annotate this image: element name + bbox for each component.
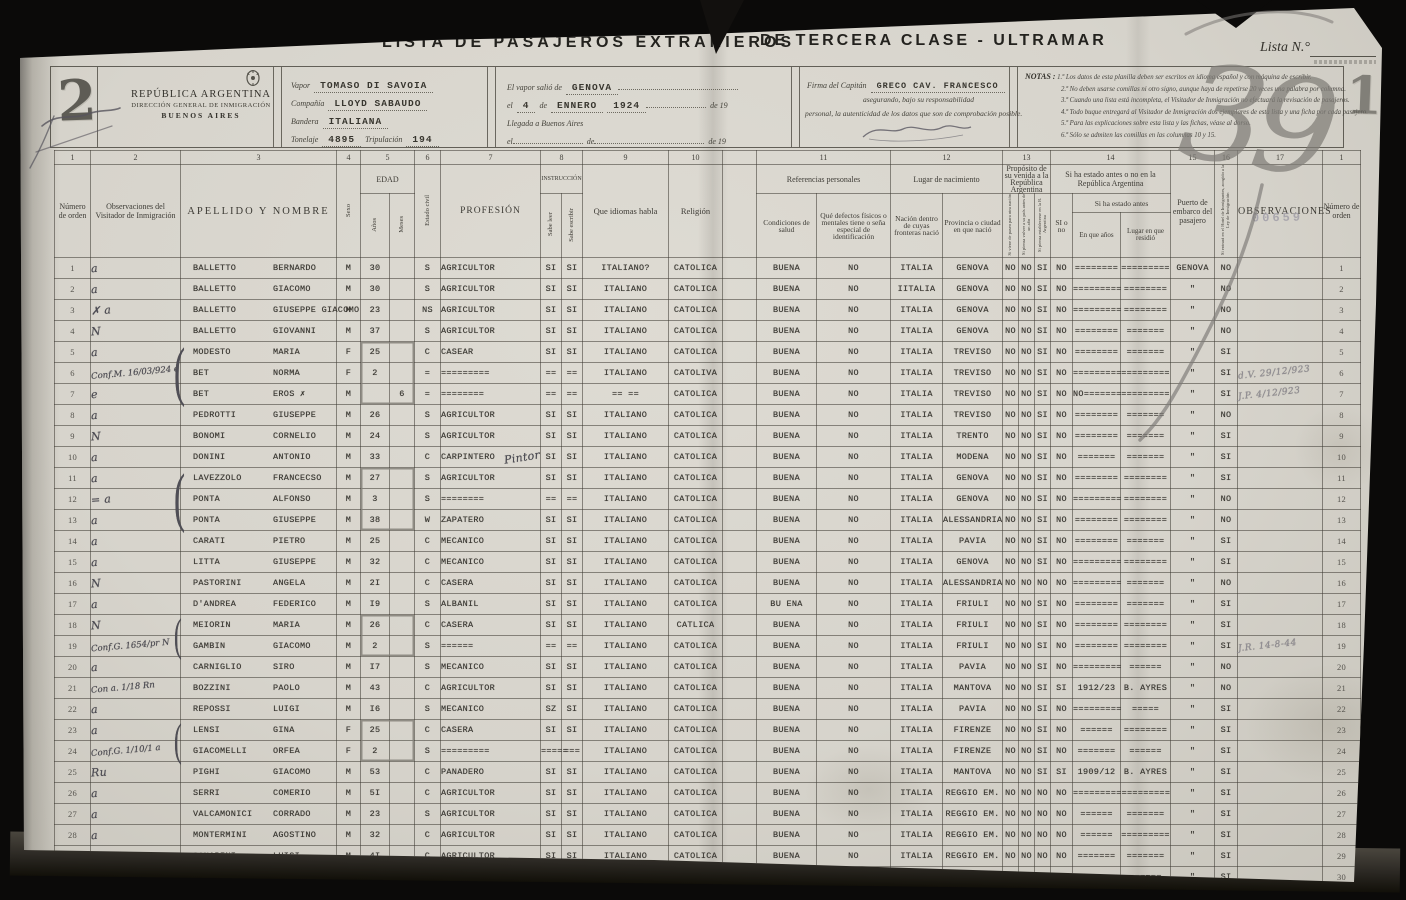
cell-idiomas: ITALIANO: [583, 300, 669, 321]
passenger-row: 26aSERRICOMERIOM5ICAGRICULTORSISIITALIAN…: [55, 783, 1361, 804]
cell-name: PONTAALFONSO: [181, 489, 337, 510]
cell-hotel: SI: [1215, 447, 1238, 468]
cell-meses: [390, 468, 415, 489]
dia-value: 4: [517, 100, 536, 113]
cell-anios: 25: [361, 720, 390, 741]
cell-estado: S: [415, 258, 441, 279]
cell-num2: 18: [1323, 615, 1361, 636]
cell-estado: C: [415, 825, 441, 846]
tonelaje-label: Tonelaje: [291, 135, 318, 144]
cell-num2: 28: [1323, 825, 1361, 846]
cell-leer: SI: [541, 321, 562, 342]
cell-name: MONTERMINIAGOSTINO: [181, 825, 337, 846]
cell-antes: NO: [1051, 321, 1073, 342]
passenger-row: 27aVALCAMONICICORRADOM23SAGRICULTORSISII…: [55, 804, 1361, 825]
cell-aant: =======: [1073, 741, 1121, 762]
cell-estado: C: [415, 573, 441, 594]
cell-escribir: ==: [562, 489, 583, 510]
cell-p3: NO: [1035, 783, 1051, 804]
cell-anios: 30: [361, 258, 390, 279]
cell-estado: S: [415, 657, 441, 678]
cell-escribir: ==: [562, 636, 583, 657]
cell-leer: SI: [541, 762, 562, 783]
cell-defectos: NO: [817, 699, 891, 720]
cell-nacion: ITALIA: [891, 531, 943, 552]
cell-sexo: M: [337, 384, 361, 405]
passenger-row: 17aD'ANDREAFEDERICOMI9SALBANILSISIITALIA…: [55, 594, 1361, 615]
header-apellido-nombre: APELLIDO Y NOMBRE: [181, 165, 337, 258]
cell-p3: SI: [1035, 384, 1051, 405]
cell-escribir: SI: [562, 762, 583, 783]
cell-defectos: NO: [817, 531, 891, 552]
cell-idiomas: ITALIANO: [583, 615, 669, 636]
cell-puerto: ": [1171, 657, 1215, 678]
cell-defectos: NO: [817, 720, 891, 741]
header-anios: Años: [361, 194, 390, 258]
cell-lant: =======: [1121, 426, 1171, 447]
cell-num2: 24: [1323, 741, 1361, 762]
cell-antes: NO: [1051, 405, 1073, 426]
col-num-16: 16: [1215, 151, 1238, 165]
cell-salud: BUENA: [757, 279, 817, 300]
cell-meses: [390, 741, 415, 762]
cell-religion: CATOLIVA: [669, 363, 723, 384]
cell-religion: CATOLICA: [669, 741, 723, 762]
passenger-row: 13aPONTAGIUSEPPEM38WZAPATEROSISIITALIANO…: [55, 510, 1361, 531]
cell-hotel: NO: [1215, 300, 1238, 321]
cell-num: 20: [55, 657, 91, 678]
cell-anios: 27: [361, 468, 390, 489]
cell-num2: 26: [1323, 783, 1361, 804]
cell-name: CARNIGLIOSIRO: [181, 657, 337, 678]
cell-profesion: AGRICULTOR: [441, 783, 541, 804]
cell-num2: 27: [1323, 804, 1361, 825]
cell-num: 15: [55, 552, 91, 573]
cell-sexo: M: [337, 405, 361, 426]
cell-leer: SI: [541, 720, 562, 741]
cell-profesion: PANADERO: [441, 762, 541, 783]
cell-leer: SI: [541, 300, 562, 321]
cell-defectos: NO: [817, 384, 891, 405]
cell-num: 8: [55, 405, 91, 426]
cell-defectos: NO: [817, 846, 891, 867]
cell-num: 3: [55, 300, 91, 321]
cell-lant: B. AYRES: [1121, 762, 1171, 783]
cell-anios: 53: [361, 762, 390, 783]
passenger-row: 12= aPONTAALFONSOM3S============ITALIANO…: [55, 489, 1361, 510]
vapor-label: Vapor: [291, 81, 310, 90]
cell-estado: S: [415, 699, 441, 720]
cell-obs2_hand: [1238, 573, 1323, 594]
compania-value: LLOYD SABAUDO: [328, 98, 427, 111]
col-num-1: 1: [55, 151, 91, 165]
cell-provincia: TREVISO: [943, 342, 1003, 363]
cell-defectos: NO: [817, 615, 891, 636]
passenger-row: 20aCARNIGLIOSIROMI7SMECANICOSISIITALIANO…: [55, 657, 1361, 678]
cell-lant: B. AYRES: [1121, 678, 1171, 699]
notes-block: NOTAS : 1.ª Los datos de esta planilla d…: [1025, 71, 1377, 141]
cell-idiomas: ITALIANO: [583, 825, 669, 846]
cell-leer: SI: [541, 468, 562, 489]
el-label: el: [507, 101, 513, 110]
cell-num2: 9: [1323, 426, 1361, 447]
cell-leer: SI: [541, 342, 562, 363]
cell-provincia: PAVIA: [943, 699, 1003, 720]
cell-provincia: MANTOVA: [943, 762, 1003, 783]
cell-provincia: TRENTO: [943, 426, 1003, 447]
cell-meses: [390, 510, 415, 531]
divider: [799, 67, 800, 147]
cell-nacion: ITALIA: [891, 657, 943, 678]
header-nacion: Nación dentro de cuyas fronteras nació: [891, 194, 943, 258]
cell-obs_hand: Conf.M. 16/03/924 e: [91, 363, 181, 384]
cell-salud: BU ENA: [757, 594, 817, 615]
cell-salud: BUENA: [757, 741, 817, 762]
cell-p2: NO: [1019, 846, 1035, 867]
cell-sexo: F: [337, 741, 361, 762]
cell-escribir: SI: [562, 594, 583, 615]
cell-obs2_hand: [1238, 594, 1323, 615]
cell-hotel: SI: [1215, 762, 1238, 783]
cell-spacer: [723, 636, 757, 657]
cell-anios: 26: [361, 615, 390, 636]
cell-puerto: ": [1171, 279, 1215, 300]
cell-antes: NO: [1051, 300, 1073, 321]
cell-estado: S: [415, 741, 441, 762]
cell-obs2_hand: d.V. 29/12/923: [1238, 363, 1323, 384]
cell-sexo: M: [337, 825, 361, 846]
cell-hotel: SI: [1215, 426, 1238, 447]
cell-num: 4: [55, 321, 91, 342]
cell-idiomas: ITALIANO: [583, 552, 669, 573]
passenger-rows: 1aBALLETTOBERNARDOM30SAGRICULTORSISIITAL…: [55, 258, 1361, 888]
cell-name: MEIORINMARIA(: [181, 615, 337, 636]
cell-antes: NO: [1051, 384, 1073, 405]
cell-meses: [390, 615, 415, 636]
cell-puerto: ": [1171, 447, 1215, 468]
cell-hotel: SI: [1215, 342, 1238, 363]
cell-estado: C: [415, 783, 441, 804]
blank-line: [618, 80, 738, 90]
cell-lant: ======: [1121, 657, 1171, 678]
cell-obs2_hand: [1238, 489, 1323, 510]
page-title: LISTA DE PASAJEROS EXTRANIEROS: [382, 34, 795, 52]
cell-anios: 2: [361, 741, 390, 762]
cell-name: SERRICOMERIO: [181, 783, 337, 804]
cell-nacion: ITALIA: [891, 783, 943, 804]
cell-escribir: SI: [562, 321, 583, 342]
cell-obs_hand: a: [91, 552, 181, 573]
cell-num: 25: [55, 762, 91, 783]
cell-estado: NS: [415, 300, 441, 321]
cell-spacer: [723, 678, 757, 699]
cell-anios: 2: [361, 363, 390, 384]
cell-obs_hand: N: [91, 573, 181, 594]
cell-provincia: GENOVA: [943, 552, 1003, 573]
cell-aant: ========: [1073, 594, 1121, 615]
cell-num: 16: [55, 573, 91, 594]
cell-p2: NO: [1019, 321, 1035, 342]
cell-idiomas: ITALIANO: [583, 510, 669, 531]
cell-p2: NO: [1019, 531, 1035, 552]
cell-name: PONTAGIUSEPPE: [181, 510, 337, 531]
page-number-stamp-left: 2: [53, 67, 101, 139]
cell-leer: ==: [541, 384, 562, 405]
cell-antes: NO: [1051, 468, 1073, 489]
cell-obs_hand: a: [91, 783, 181, 804]
cell-antes: NO: [1051, 825, 1073, 846]
cell-sexo: F: [337, 720, 361, 741]
notes-label: NOTAS :: [1025, 72, 1055, 81]
cell-profesion: ========: [441, 489, 541, 510]
cell-profesion: CASERA: [441, 720, 541, 741]
cell-aant: NO=======: [1073, 384, 1121, 405]
cell-leer: SI: [541, 510, 562, 531]
cell-defectos: NO: [817, 573, 891, 594]
cell-provincia: FRIULI: [943, 615, 1003, 636]
cell-num2: 19: [1323, 636, 1361, 657]
cell-antes: NO: [1051, 342, 1073, 363]
cell-num2: 7: [1323, 384, 1361, 405]
cell-lant: =========: [1121, 363, 1171, 384]
printer-imprint: [1314, 60, 1376, 64]
cell-aant: ========: [1073, 636, 1121, 657]
cell-num: 23: [55, 720, 91, 741]
cell-anios: 30: [361, 279, 390, 300]
cell-meses: [390, 573, 415, 594]
cell-sexo: M: [337, 531, 361, 552]
cell-num: 17: [55, 594, 91, 615]
cell-leer: SI: [541, 615, 562, 636]
cell-provincia: REGGIO EM.: [943, 825, 1003, 846]
cell-obs_hand: = a: [91, 489, 181, 510]
cell-salud: BUENA: [757, 426, 817, 447]
cell-num2: 1: [1323, 258, 1361, 279]
cell-profesion: MECANICO: [441, 552, 541, 573]
cell-escribir: SI: [562, 342, 583, 363]
cell-salud: BUENA: [757, 804, 817, 825]
cell-hotel: SI: [1215, 846, 1238, 867]
cell-religion: CATOLICA: [669, 468, 723, 489]
de-label: de: [539, 101, 547, 110]
passenger-row: 25RuPIGHIGIACOMOM53CPANADEROSISIITALIANO…: [55, 762, 1361, 783]
cell-spacer: [723, 741, 757, 762]
cell-spacer: [723, 489, 757, 510]
cell-nacion: ITALIA: [891, 321, 943, 342]
cell-spacer: [723, 657, 757, 678]
cell-spacer: [723, 615, 757, 636]
cell-puerto: ": [1171, 531, 1215, 552]
cell-meses: [390, 531, 415, 552]
cell-p1: NO: [1003, 741, 1019, 762]
cell-leer: SI: [541, 678, 562, 699]
page-number-stamp-right: 12: [1345, 65, 1406, 128]
cell-salud: BUENA: [757, 300, 817, 321]
cell-salud: BUENA: [757, 363, 817, 384]
passenger-row: 8aPEDROTTIGIUSEPPEM26SAGRICULTORSISIITAL…: [55, 405, 1361, 426]
cell-religion: CATOLICA: [669, 783, 723, 804]
cell-provincia: ALESSANDRIA: [943, 573, 1003, 594]
cell-lant: ========: [1121, 552, 1171, 573]
cell-salud: BUENA: [757, 531, 817, 552]
cell-provincia: ALESSANDRIA: [943, 510, 1003, 531]
cell-p1: NO: [1003, 258, 1019, 279]
cell-num2: 3: [1323, 300, 1361, 321]
cell-anios: 33: [361, 447, 390, 468]
cell-p1: NO: [1003, 363, 1019, 384]
cell-religion: CATOLICA: [669, 510, 723, 531]
cell-p2: NO: [1019, 678, 1035, 699]
cell-salud: BUENA: [757, 762, 817, 783]
cell-name: DONINIANTONIO: [181, 447, 337, 468]
cell-nacion: ITALIA: [891, 405, 943, 426]
cell-estado: W: [415, 510, 441, 531]
header-p2: Si piensa volver a su país antes de un a…: [1019, 194, 1035, 258]
cell-meses: [390, 405, 415, 426]
cell-hotel: SI: [1215, 804, 1238, 825]
cell-estado: C: [415, 447, 441, 468]
tripulacion-value: 194: [406, 134, 438, 147]
cell-num2: 5: [1323, 342, 1361, 363]
cell-aant: =========: [1073, 699, 1121, 720]
note-item: 5.ª Para las explicaciones sobre esta li…: [1025, 118, 1377, 130]
cell-estado: S: [415, 279, 441, 300]
cell-salud: BUENA: [757, 678, 817, 699]
cell-puerto: ": [1171, 489, 1215, 510]
cell-obs2_hand: [1238, 804, 1323, 825]
cell-antes: NO: [1051, 720, 1073, 741]
header-p3: Si piensa establecerse en la R. Argentin…: [1035, 194, 1051, 258]
llegada-label: Llegada a Buenos Aires: [507, 119, 583, 128]
cell-defectos: NO: [817, 258, 891, 279]
cell-estado: C: [415, 552, 441, 573]
cell-antes: NO: [1051, 552, 1073, 573]
cell-p2: NO: [1019, 510, 1035, 531]
cell-antes: NO: [1051, 510, 1073, 531]
cell-lant: =======: [1121, 447, 1171, 468]
cell-p3: SI: [1035, 678, 1051, 699]
cell-sexo: M: [337, 258, 361, 279]
cell-idiomas: ITALIANO?: [583, 258, 669, 279]
cell-hotel: SI: [1215, 825, 1238, 846]
cell-sexo: M: [337, 678, 361, 699]
bandera-value: ITALIANA: [323, 116, 389, 129]
cell-p3: SI: [1035, 699, 1051, 720]
cell-sexo: F: [337, 363, 361, 384]
scanned-passenger-list: LISTA DE PASAJEROS EXTRANIEROS DE TERCER…: [0, 0, 1406, 900]
cell-idiomas: ITALIANO: [583, 573, 669, 594]
table-header: 1 2 3 4 5 6 7 8 9 10 11 12 13 14 15 16: [55, 151, 1361, 258]
header-p1: Si viene de paseo para otra nación: [1003, 194, 1019, 258]
salio-label: El vapor salió de: [507, 83, 562, 92]
divider: [1009, 67, 1010, 147]
header-observaciones-visitador: Observaciones del Visitador de Inmigraci…: [91, 165, 181, 258]
cell-num2: 23: [1323, 720, 1361, 741]
cell-p1: NO: [1003, 510, 1019, 531]
cell-defectos: NO: [817, 804, 891, 825]
cell-profesion: CASERA: [441, 573, 541, 594]
cell-idiomas: ITALIANO: [583, 657, 669, 678]
col-num-5: 5: [361, 151, 415, 165]
cell-aant: =========: [1073, 363, 1121, 384]
cell-profesion: AGRICULTOR: [441, 279, 541, 300]
cell-provincia: PAVIA: [943, 531, 1003, 552]
col-num-4: 4: [337, 151, 361, 165]
cell-leer: SI: [541, 279, 562, 300]
cell-idiomas: ITALIANO: [583, 720, 669, 741]
cell-salud: BUENA: [757, 510, 817, 531]
cell-p1: NO: [1003, 720, 1019, 741]
cell-obs2_hand: [1238, 342, 1323, 363]
cell-p2: NO: [1019, 636, 1035, 657]
cell-escribir: SI: [562, 615, 583, 636]
cell-p1: NO: [1003, 846, 1019, 867]
cell-p2: NO: [1019, 699, 1035, 720]
cell-p3: SI: [1035, 342, 1051, 363]
cell-nacion: ITALIA: [891, 468, 943, 489]
cell-obs_hand: a: [91, 342, 181, 363]
cell-num: 13: [55, 510, 91, 531]
col-num-9: 9: [583, 151, 669, 165]
cell-salud: BUENA: [757, 258, 817, 279]
cell-p3: SI: [1035, 258, 1051, 279]
cell-num2: 13: [1323, 510, 1361, 531]
cell-spacer: [723, 699, 757, 720]
cell-aant: 1909/12: [1073, 762, 1121, 783]
captain-block: Firma del Capitán GRECO CAV. FRANCESCO a…: [803, 67, 1009, 147]
cell-defectos: NO: [817, 363, 891, 384]
header-observaciones: OBSERVACIONES00659: [1238, 165, 1323, 258]
cell-anios: 32: [361, 825, 390, 846]
cell-num2: 10: [1323, 447, 1361, 468]
cell-p3: SI: [1035, 447, 1051, 468]
cell-hotel: SI: [1215, 531, 1238, 552]
captain-name: GRECO CAV. FRANCESCO: [871, 81, 1005, 93]
cell-p2: NO: [1019, 615, 1035, 636]
cell-estado: C: [415, 531, 441, 552]
cell-idiomas: ITALIANO: [583, 279, 669, 300]
cell-sexo: M: [337, 321, 361, 342]
cell-leer: SI: [541, 531, 562, 552]
cell-estado: S: [415, 594, 441, 615]
cell-sexo: M: [337, 804, 361, 825]
cell-p3: NO: [1035, 804, 1051, 825]
cell-religion: CATOLICA: [669, 720, 723, 741]
passenger-row: 21Con a. 1/18 RnBOZZINIPAOLOM43CAGRICULT…: [55, 678, 1361, 699]
cell-p2: NO: [1019, 825, 1035, 846]
cell-obs2_hand: [1238, 426, 1323, 447]
cell-defectos: NO: [817, 636, 891, 657]
header-band: REPÚBLICA ARGENTINA DIRECCIÓN GENERAL DE…: [50, 66, 1344, 148]
cell-nacion: ITALIA: [891, 615, 943, 636]
cell-p3: SI: [1035, 531, 1051, 552]
cell-name: D'ANDREAFEDERICO: [181, 594, 337, 615]
cell-p1: NO: [1003, 783, 1019, 804]
cell-obs2_hand: [1238, 279, 1323, 300]
cell-aant: ==================: [1073, 783, 1121, 804]
cell-anios: 43: [361, 678, 390, 699]
cell-escribir: SI: [562, 804, 583, 825]
header-sabe-escribir: Sabe escribir: [562, 194, 583, 258]
cell-num: 10: [55, 447, 91, 468]
cell-hotel: NO: [1215, 279, 1238, 300]
cell-religion: CATOLICA: [669, 384, 723, 405]
header-lugar-nacimiento: Lugar de nacimiento: [891, 165, 1003, 194]
cell-antes: NO: [1051, 615, 1073, 636]
cell-defectos: NO: [817, 468, 891, 489]
cell-meses: [390, 342, 415, 363]
cell-salud: BUENA: [757, 657, 817, 678]
